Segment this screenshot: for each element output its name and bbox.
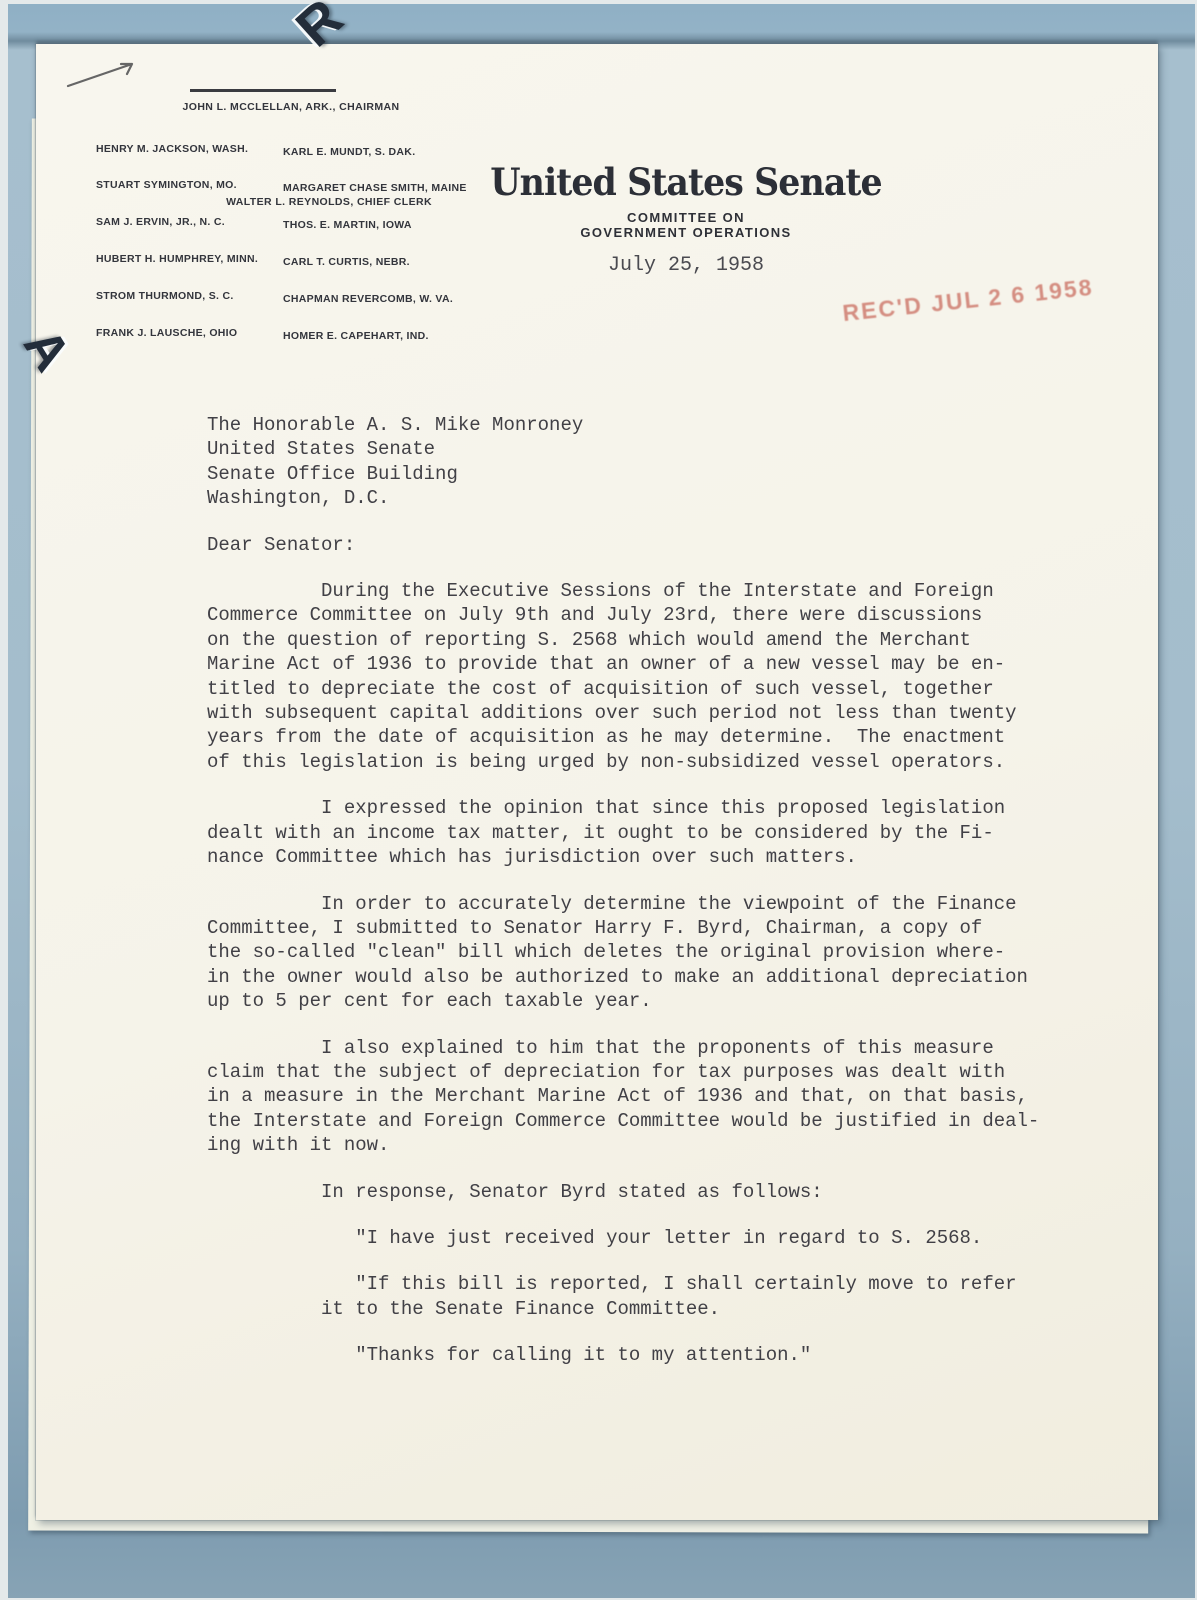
member-name: KARL E. MUNDT, S. DAK. <box>283 146 467 158</box>
paragraph: In response, Senator Byrd stated as foll… <box>207 1180 1077 1204</box>
member-name: HOMER E. CAPEHART, IND. <box>283 330 467 342</box>
letterhead-rule <box>190 89 336 92</box>
letterhead-chairman: JOHN L. MCCLELLAN, ARK., CHAIRMAN <box>136 101 446 113</box>
quote-paragraph: "If this bill is reported, I shall certa… <box>207 1272 1077 1321</box>
member-name: STUART SYMINGTON, MO. <box>96 179 258 191</box>
committee-line-2: GOVERNMENT OPERATIONS <box>476 226 896 241</box>
letterhead-members-left: HENRY M. JACKSON, WASH. STUART SYMINGTON… <box>96 118 258 364</box>
quote-paragraph: "Thanks for calling it to my attention." <box>207 1343 1077 1367</box>
quote-paragraph: "I have just received your letter in reg… <box>207 1226 1077 1250</box>
member-name: CHAPMAN REVERCOMB, W. VA. <box>283 293 467 305</box>
letter-page: JOHN L. MCCLELLAN, ARK., CHAIRMAN HENRY … <box>36 44 1158 1520</box>
letterhead-chief-clerk: WALTER L. REYNOLDS, CHIEF CLERK <box>186 196 472 208</box>
paragraph: I also explained to him that the propone… <box>207 1036 1077 1158</box>
pen-arrow-mark <box>60 55 150 97</box>
recipient-address: The Honorable A. S. Mike Monroney United… <box>207 413 1077 511</box>
member-name: HUBERT H. HUMPHREY, MINN. <box>96 253 258 265</box>
member-name: CARL T. CURTIS, NEBR. <box>283 256 467 268</box>
paragraph: I expressed the opinion that since this … <box>207 796 1077 869</box>
member-name: MARGARET CHASE SMITH, MAINE <box>283 182 467 194</box>
paragraph: During the Executive Sessions of the Int… <box>207 579 1077 774</box>
member-name: HENRY M. JACKSON, WASH. <box>96 143 258 155</box>
letterhead-members-right: KARL E. MUNDT, S. DAK. MARGARET CHASE SM… <box>283 121 467 367</box>
paragraph: In order to accurately determine the vie… <box>207 892 1077 1014</box>
committee-name: COMMITTEE ON GOVERNMENT OPERATIONS <box>476 211 896 240</box>
member-name: THOS. E. MARTIN, IOWA <box>283 219 467 231</box>
letter-body: The Honorable A. S. Mike Monroney United… <box>207 413 1077 1390</box>
letter-date: July 25, 1958 <box>608 254 764 277</box>
member-name: FRANK J. LAUSCHE, OHIO <box>96 327 258 339</box>
photo-background: JOHN L. MCCLELLAN, ARK., CHAIRMAN HENRY … <box>0 0 1197 1600</box>
received-stamp: REC'D JUL 2 6 1958 <box>841 274 1094 327</box>
member-name: SAM J. ERVIN, JR., N. C. <box>96 216 258 228</box>
committee-line-1: COMMITTEE ON <box>476 211 896 226</box>
member-name: STROM THURMOND, S. C. <box>96 290 258 302</box>
salutation: Dear Senator: <box>207 533 1077 557</box>
senate-title: United States Senate <box>489 160 884 204</box>
